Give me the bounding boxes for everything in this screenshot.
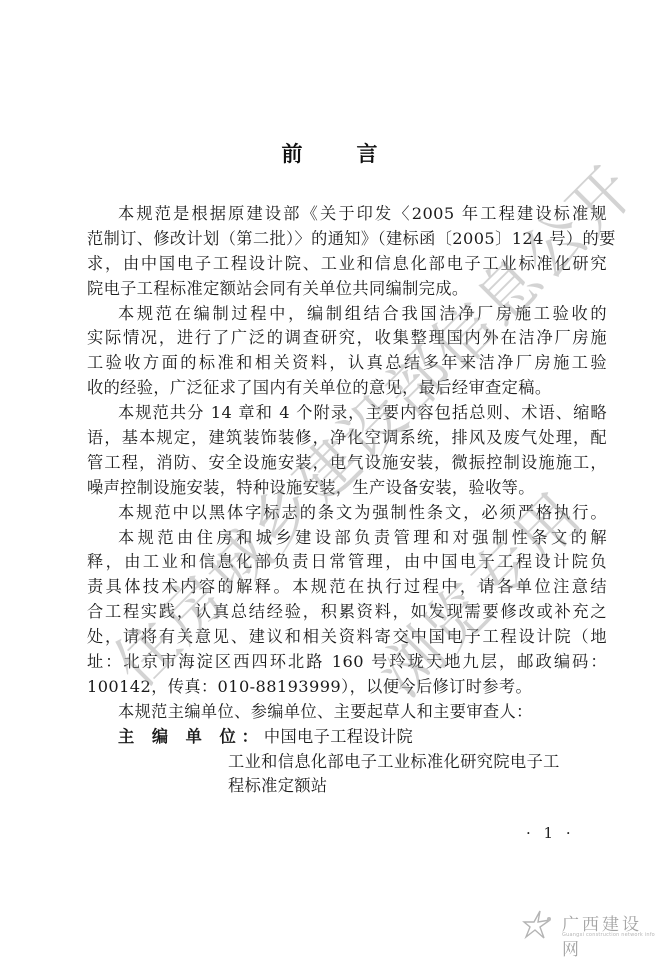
chief-editor-row: 主 编 单 位：中国电子工程设计院 xyxy=(87,725,607,750)
text-line: 处，请将有关意见、建议和相关资料寄交中国电子工程设计院（地 xyxy=(87,625,607,650)
page-number: · 1 · xyxy=(526,824,575,842)
chief-editor-unit: 工业和信息化部电子工业标准化研究院电子工 xyxy=(87,750,607,775)
title-char-1: 前 xyxy=(282,138,305,168)
text-line: 收的经验，广泛征求了国内有关单位的意见，最后经审查定稿。 xyxy=(87,376,607,401)
text-line: 100142，传真：010-88193999），以便今后修订时参考。 xyxy=(87,675,607,700)
text-line: 院电子工程标准定额站会同有关单位共同编制完成。 xyxy=(87,277,607,302)
text-line: 本规范中以黑体字标志的条文为强制性条文，必须严格执行。 xyxy=(87,501,607,526)
chief-editor-unit: 中国电子工程设计院 xyxy=(264,727,413,746)
text-line: 求，由中国电子工程设计院、工业和信息化部电子工业标准化研究 xyxy=(87,252,607,277)
chief-editor-unit: 程标准定额站 xyxy=(87,774,607,799)
page-title: 前言 xyxy=(0,138,661,168)
title-char-2: 言 xyxy=(357,138,380,168)
text-line: 语，基本规定，建筑装饰装修，净化空调系统，排风及废气处理，配 xyxy=(87,426,607,451)
text-line: 本规范是根据原建设部《关于印发〈2005 年工程建设标准规 xyxy=(87,202,607,227)
text-line: 合工程实践，认真总结经验，积累资料，如发现需要修改或补充之 xyxy=(87,600,607,625)
text-line: 本规范主编单位、参编单位、主要起草人和主要审查人： xyxy=(87,700,607,725)
text-line: 范制订、修改计划（第二批）〉的通知》（建标函〔2005〕124 号）的要 xyxy=(87,227,607,252)
text-line: 管工程，消防、安全设施安装，电气设施安装，微振控制设施施工， xyxy=(87,451,607,476)
text-line: 工验收方面的标准和相关资料，认真总结多年来洁净厂房施工验 xyxy=(87,351,607,376)
preface-body: 本规范是根据原建设部《关于印发〈2005 年工程建设标准规 范制订、修改计划（第… xyxy=(87,202,607,799)
document-page: 前言 本规范是根据原建设部《关于印发〈2005 年工程建设标准规 范制订、修改计… xyxy=(0,0,661,958)
text-line: 实际情况，进行了广泛的调查研究，收集整理国内外在洁净厂房施 xyxy=(87,326,607,351)
text-line: 本规范在编制过程中，编制组结合我国洁净厂房施工验收的 xyxy=(87,302,607,327)
text-line: 本规范共分 14 章和 4 个附录，主要内容包括总则、术语、缩略 xyxy=(87,401,607,426)
site-logo: 广西建设网 Guangxi construction network info xyxy=(520,908,660,948)
text-line: 址：北京市海淀区西四环北路 160 号玲珑天地九层，邮政编码： xyxy=(87,650,607,675)
chief-editor-label: 主 编 单 位： xyxy=(87,727,264,746)
text-line: 释，由工业和信息化部负责日常管理，由中国电子工程设计院负 xyxy=(87,550,607,575)
star-logo-icon xyxy=(520,908,554,942)
logo-subtitle: Guangxi construction network info xyxy=(562,932,655,938)
text-line: 噪声控制设施安装，特种设施安装，生产设备安装，验收等。 xyxy=(87,476,607,501)
text-line: 责具体技术内容的解释。本规范在执行过程中，请各单位注意结 xyxy=(87,575,607,600)
text-line: 本规范由住房和城乡建设部负责管理和对强制性条文的解 xyxy=(87,526,607,551)
